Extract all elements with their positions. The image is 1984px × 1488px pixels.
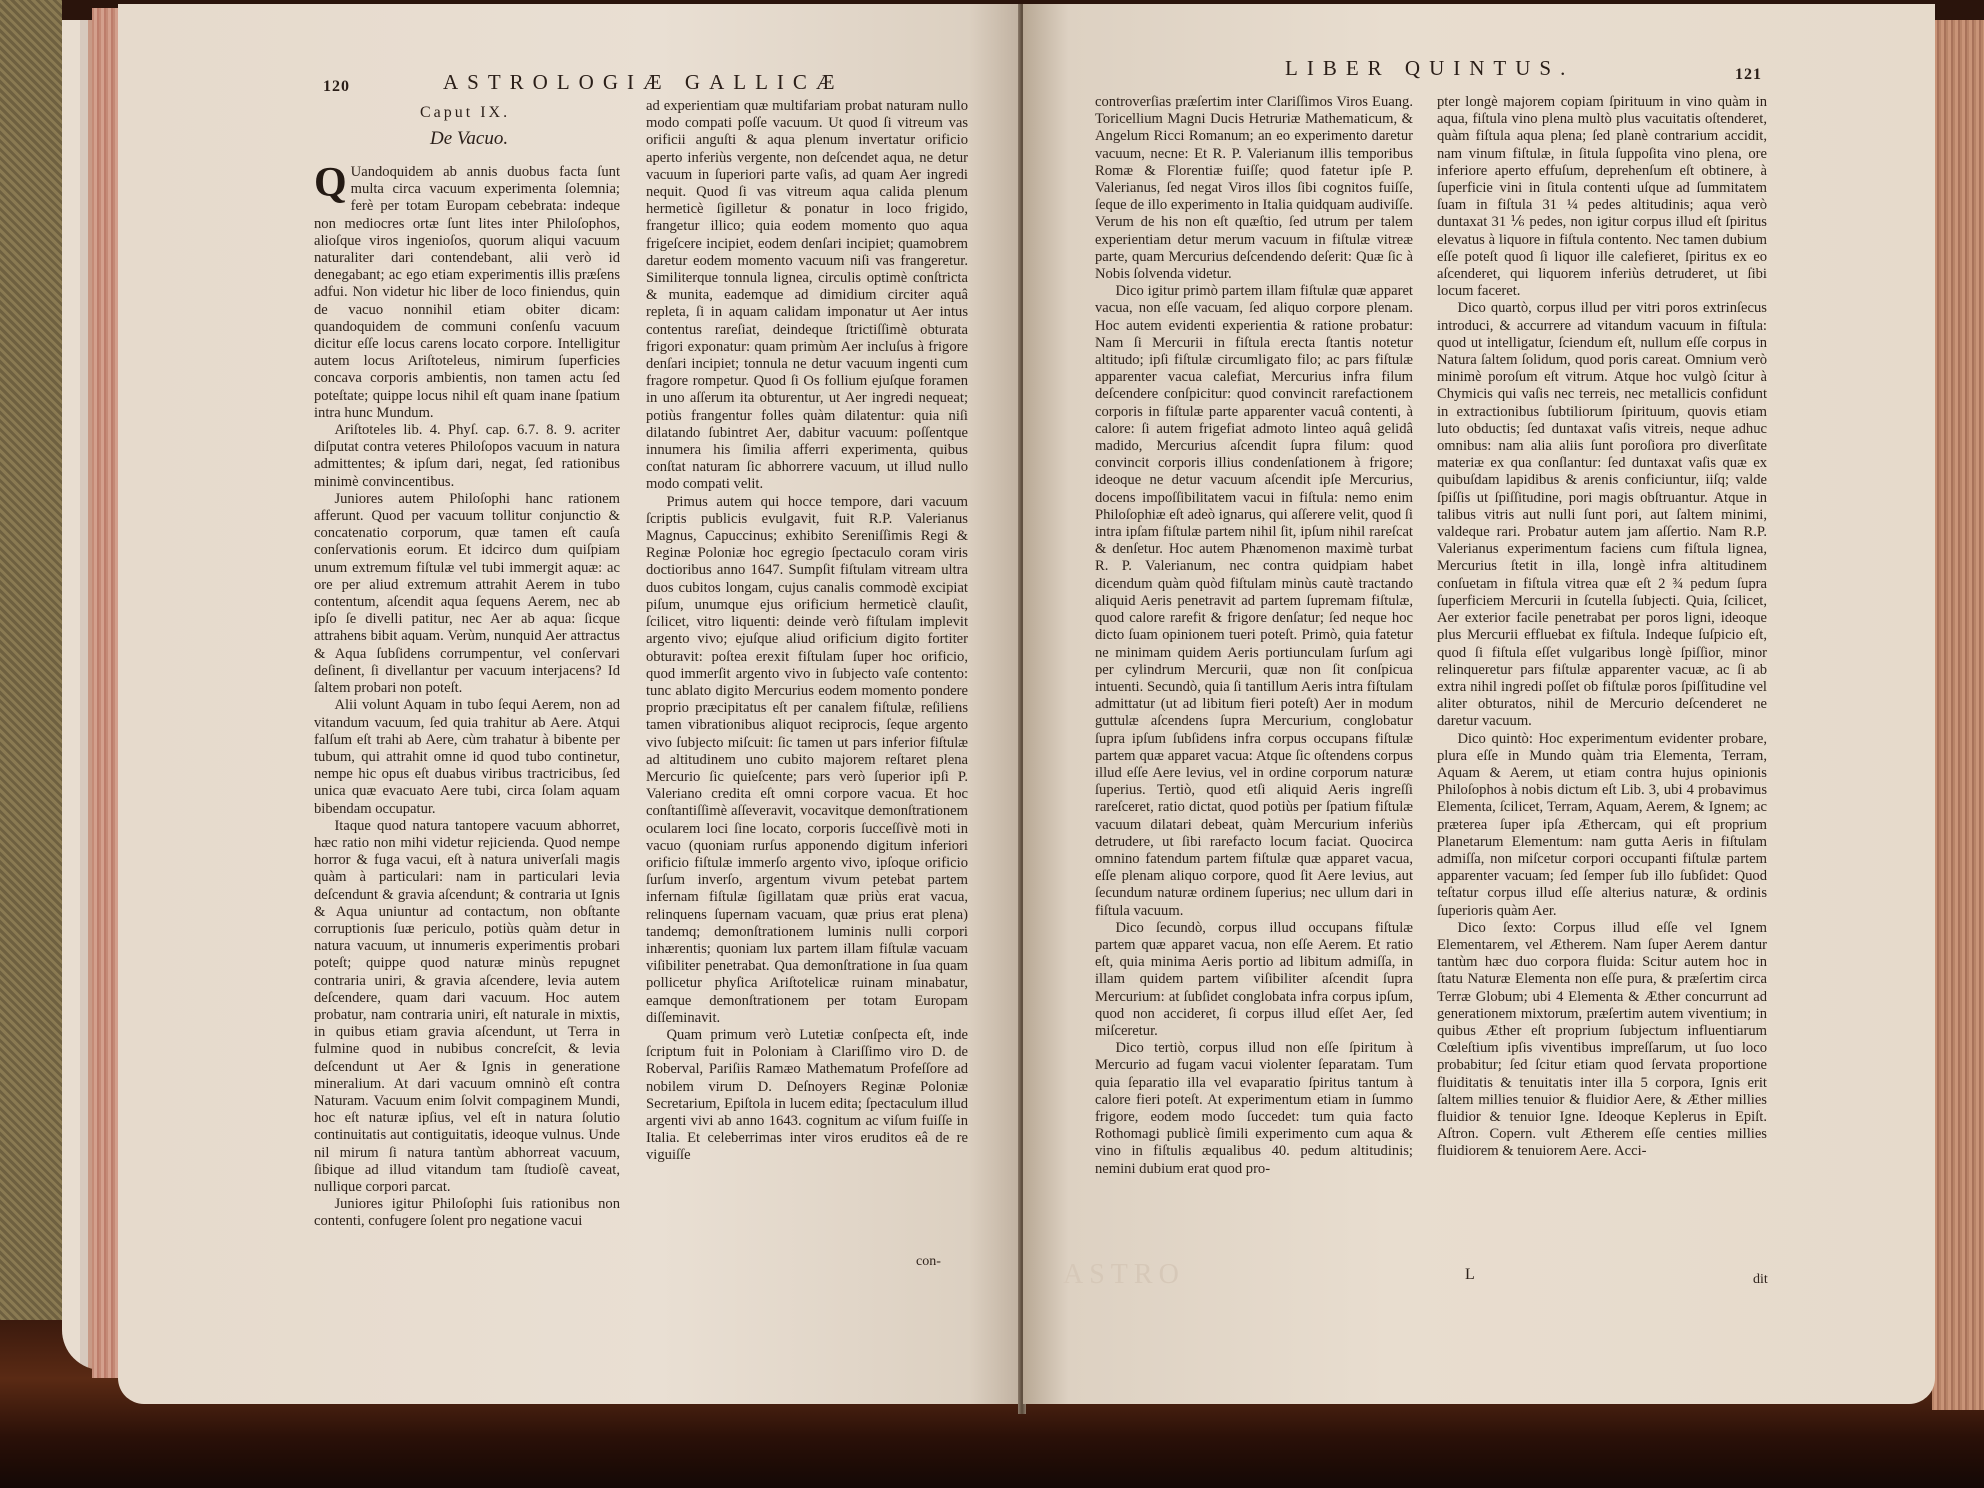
running-head-right: LIBER QUINTUS. <box>1285 56 1574 81</box>
paragraph: Dico ſexto: Corpus illud eſſe vel Ignem … <box>1437 920 1767 1161</box>
page-number-right: 121 <box>1735 66 1762 84</box>
right-page-column-2: pter longè majorem copiam ſpirituum in v… <box>1437 94 1767 1274</box>
drop-cap: Q <box>314 166 347 200</box>
paragraph: QUandoquidem ab annis duobus facta ſunt … <box>314 164 620 422</box>
left-page: 120 ASTROLOGIÆ GALLICÆ Caput IX. De Vacu… <box>118 4 1023 1404</box>
paragraph: Ariſtoteles lib. 4. Phyſ. cap. 6.7. 8. 9… <box>314 422 620 491</box>
paragraph: Juniores igitur Philoſophi ſuis rationib… <box>314 1196 620 1230</box>
paragraph: Dico igitur primò partem illam fiſtulæ q… <box>1095 283 1413 920</box>
paragraph: Quam primum verò Lutetiæ conſpecta eſt, … <box>646 1027 968 1165</box>
paragraph: Dico quartò, corpus illud per vitri poro… <box>1437 300 1767 730</box>
left-page-column-2: ad experientiam quæ multifariam probat n… <box>646 98 968 1248</box>
paragraph: Primus autem qui hocce tempore, dari vac… <box>646 494 968 1027</box>
paragraph: Dico ſecundò, corpus illud occupans fiſt… <box>1095 920 1413 1040</box>
page-number-left: 120 <box>323 78 350 96</box>
chapter-heading: Caput IX. <box>420 104 510 122</box>
paragraph: Alii volunt Aquam in tubo ſequi Aerem, n… <box>314 697 620 817</box>
paragraph: ad experientiam quæ multifariam probat n… <box>646 98 968 494</box>
signature-mark: L <box>1465 1266 1475 1284</box>
catchword-right: dit <box>1753 1272 1768 1288</box>
paragraph: Juniores autem Philoſophi hanc rationem … <box>314 491 620 697</box>
paragraph: Itaque quod natura tantopere vacuum abho… <box>314 818 620 1196</box>
catchword-left: con- <box>916 1254 941 1270</box>
chapter-title: De Vacuo. <box>430 128 508 150</box>
paragraph: Dico quintò: Hoc experimentum evidenter … <box>1437 731 1767 920</box>
background-cloth <box>0 0 62 1420</box>
offset-ink-ghost: ASTRO <box>1063 1259 1185 1291</box>
paragraph: controverſias præſertim inter Clariſſimo… <box>1095 94 1413 283</box>
left-page-column-1: QUandoquidem ab annis duobus facta ſunt … <box>314 164 620 1274</box>
paragraph: Dico tertiò, corpus illud non eſſe ſpiri… <box>1095 1040 1413 1178</box>
right-page: LIBER QUINTUS. 121 controverſias præſert… <box>1023 4 1935 1404</box>
paragraph: pter longè majorem copiam ſpirituum in v… <box>1437 94 1767 300</box>
right-page-column-1: controverſias præſertim inter Clariſſimo… <box>1095 94 1413 1264</box>
book-red-edge-right <box>1932 20 1984 1410</box>
running-head-left: ASTROLOGIÆ GALLICÆ <box>443 70 844 95</box>
